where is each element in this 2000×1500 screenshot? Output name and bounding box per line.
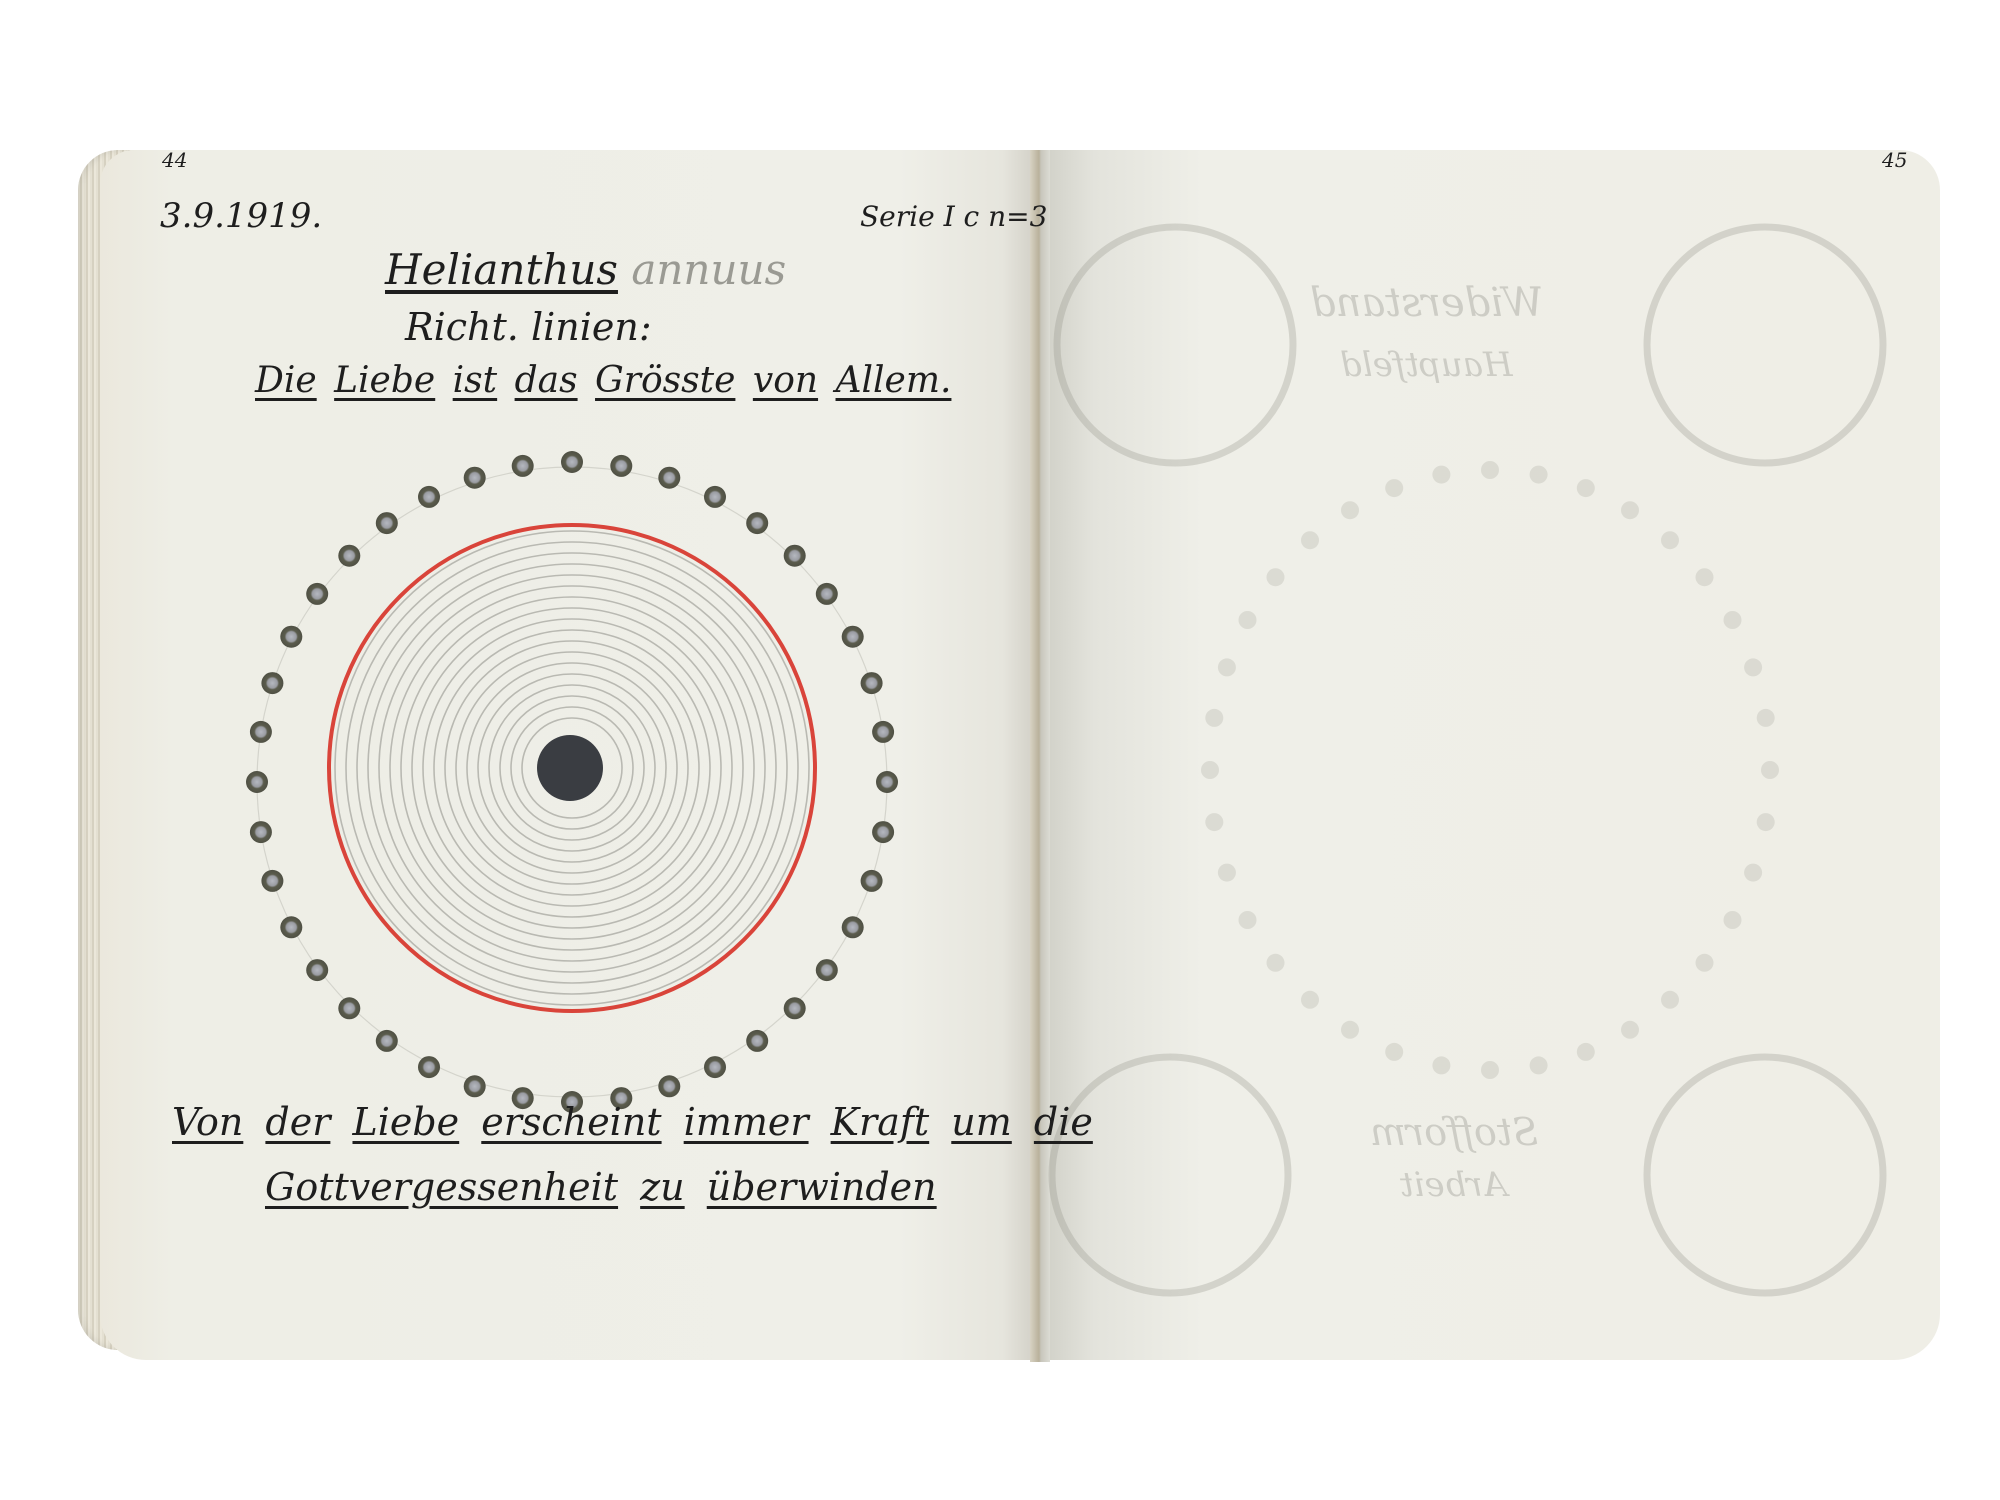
outer-dot	[658, 467, 680, 489]
outer-dot	[816, 583, 838, 605]
outer-dot	[610, 455, 632, 477]
outer-dot	[842, 626, 864, 648]
caption-word: der	[265, 1100, 330, 1144]
outer-dot	[250, 721, 272, 743]
outer-dot	[464, 1075, 486, 1097]
caption-word: Von	[172, 1100, 243, 1144]
outer-dot	[418, 486, 440, 508]
outer-dot	[816, 959, 838, 981]
outer-dot	[876, 771, 898, 793]
caption-word: erscheint	[481, 1100, 661, 1144]
outer-dot	[250, 821, 272, 843]
radial-diagram	[0, 0, 2000, 1500]
outer-dot	[704, 1056, 726, 1078]
outer-dot	[861, 870, 883, 892]
outer-dot	[464, 467, 486, 489]
outer-dot	[280, 916, 302, 938]
outer-dot	[704, 486, 726, 508]
center-dot	[537, 735, 603, 801]
outer-dot	[280, 626, 302, 648]
outer-dot	[418, 1056, 440, 1078]
outer-dot	[561, 451, 583, 473]
outer-dot	[261, 870, 283, 892]
caption-word: die	[1034, 1100, 1093, 1144]
outer-dot	[872, 721, 894, 743]
caption-line-2: Gottvergessenheit zu überwinden	[265, 1165, 937, 1209]
outer-dot	[376, 512, 398, 534]
outer-dot	[306, 959, 328, 981]
caption-word: Gottvergessenheit	[265, 1165, 618, 1209]
caption-word: immer	[684, 1100, 809, 1144]
outer-dot	[658, 1075, 680, 1097]
outer-dot	[338, 997, 360, 1019]
outer-dot	[842, 916, 864, 938]
outer-dot	[306, 583, 328, 605]
outer-dot	[261, 672, 283, 694]
outer-dot	[746, 512, 768, 534]
caption-word: überwinden	[707, 1165, 937, 1209]
outer-dot	[746, 1030, 768, 1052]
outer-dot	[246, 771, 268, 793]
outer-dot	[338, 545, 360, 567]
outer-dot	[784, 545, 806, 567]
caption-word: um	[951, 1100, 1012, 1144]
outer-dot	[512, 455, 534, 477]
outer-dot	[861, 672, 883, 694]
caption-word: Kraft	[831, 1100, 930, 1144]
caption-word: zu	[640, 1165, 685, 1209]
outer-dot	[872, 821, 894, 843]
caption-word: Liebe	[352, 1100, 459, 1144]
outer-dot	[784, 997, 806, 1019]
caption-line-1: Von der Liebe erscheint immer Kraft um d…	[172, 1100, 1093, 1144]
outer-dot	[376, 1030, 398, 1052]
